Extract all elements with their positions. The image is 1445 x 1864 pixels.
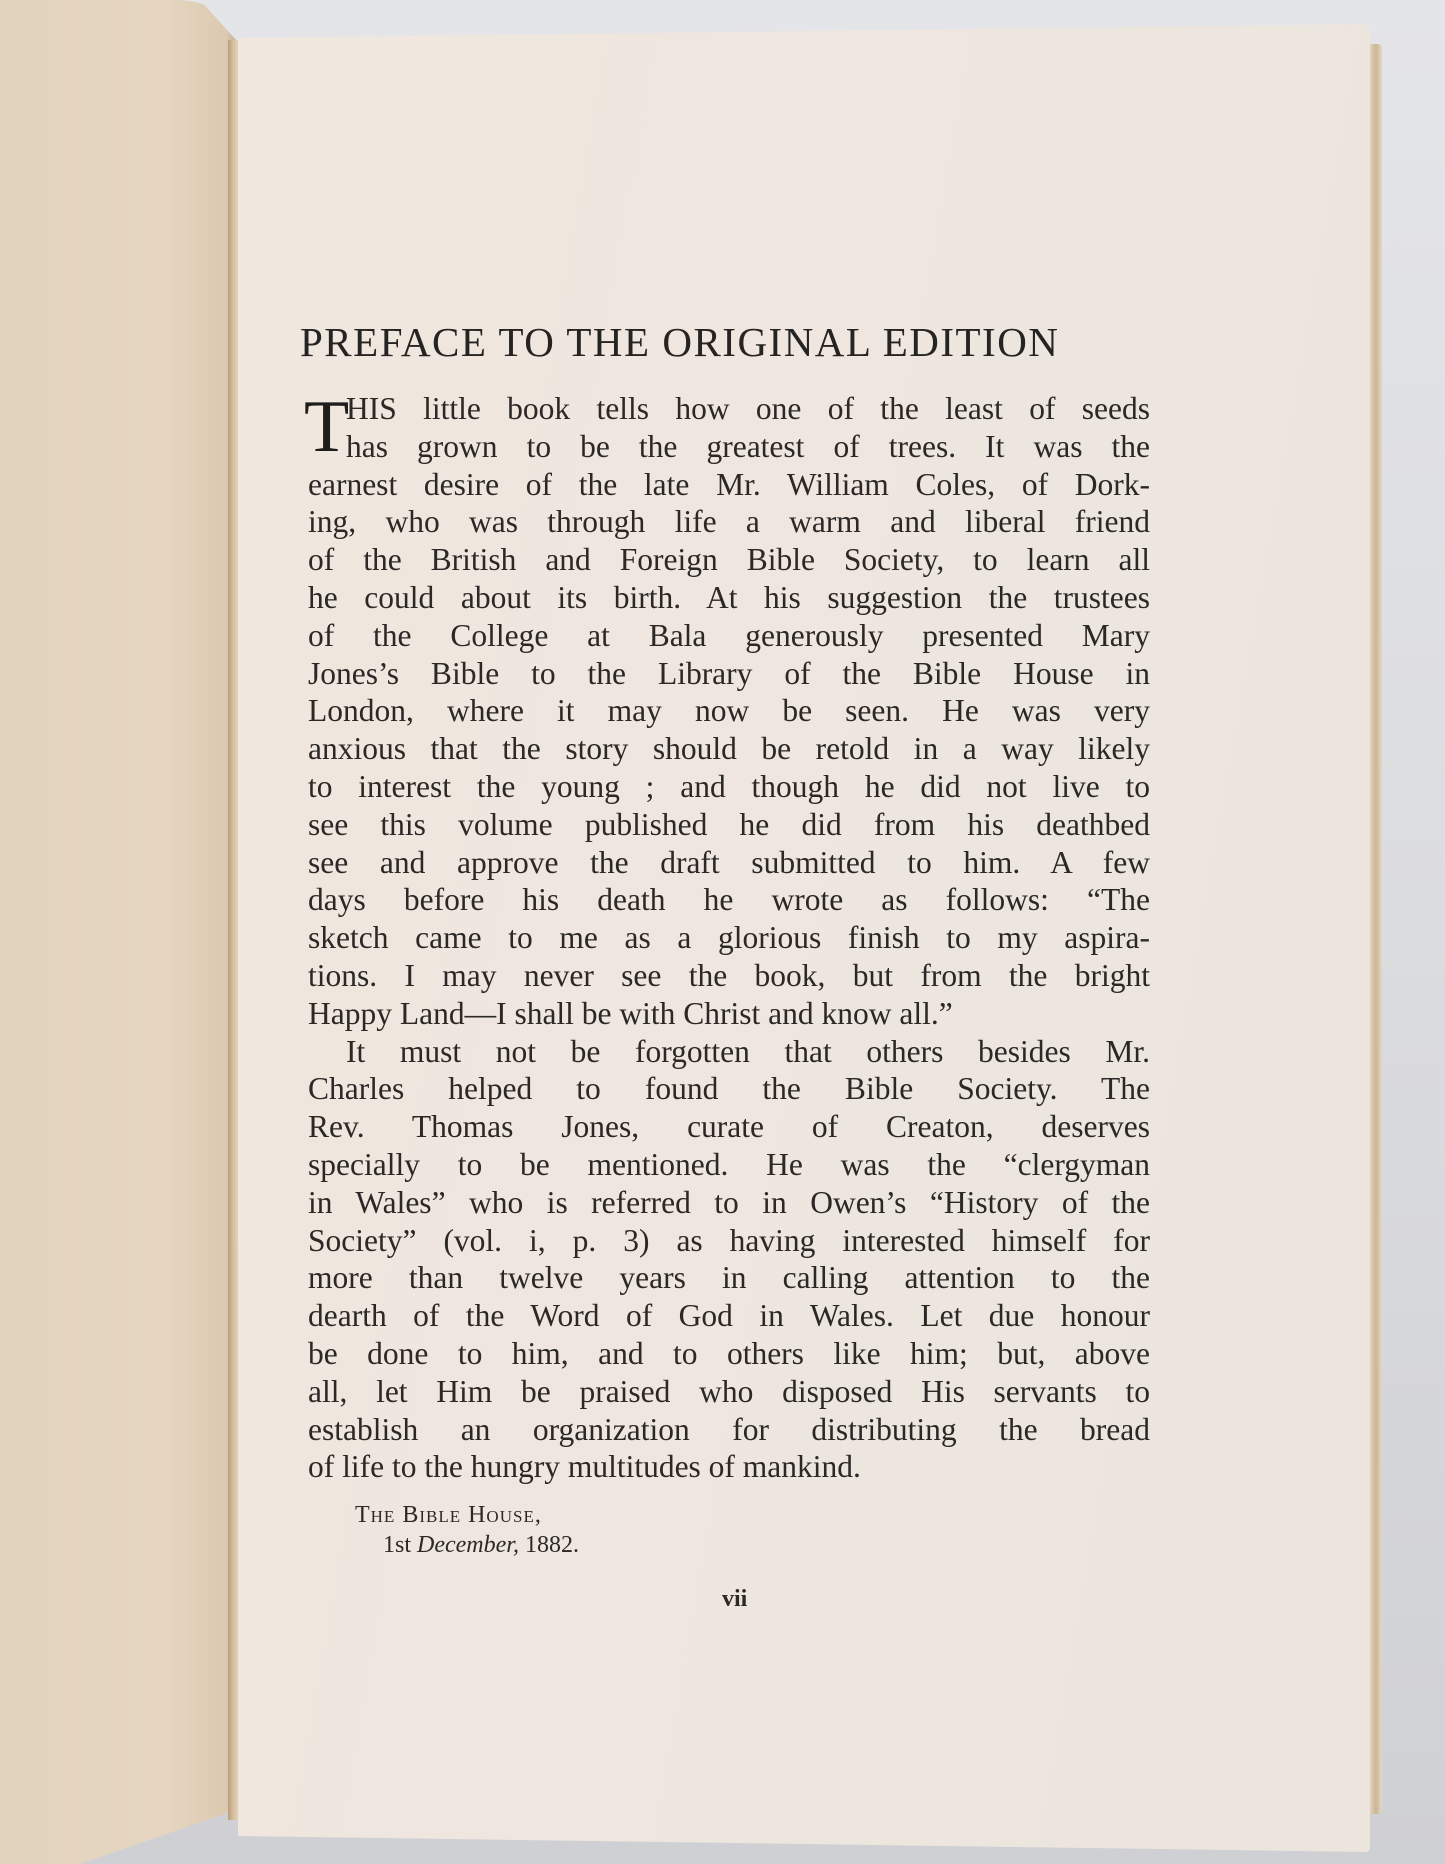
left-page (0, 0, 236, 1864)
text-line: specially to be mentioned. He was the “c… (308, 1146, 1150, 1184)
text-line: Society” (vol. i, p. 3) as having intere… (308, 1222, 1150, 1260)
text-line: he could about its birth. At his suggest… (308, 579, 1150, 617)
text-line: of the British and Foreign Bible Society… (308, 541, 1150, 579)
text-line: sketch came to me as a glorious finish t… (308, 919, 1150, 957)
text-line: all, let Him be praised who disposed His… (308, 1373, 1150, 1411)
page-edges (1370, 44, 1382, 1814)
signature-place: The Bible House, (355, 1500, 579, 1530)
text-line: in Wales” who is referred to in Owen’s “… (308, 1184, 1150, 1222)
text-line: anxious that the story should be retold … (308, 730, 1150, 768)
text-line: earnest desire of the late Mr. William C… (308, 466, 1150, 504)
text-line: Happy Land—I shall be with Christ and kn… (308, 995, 1150, 1033)
signature-block: The Bible House, 1st December, 1882. (355, 1500, 579, 1560)
signature-date: 1st December, 1882. (355, 1530, 579, 1560)
text-line: see this volume published he did from hi… (308, 806, 1150, 844)
text-line: Charles helped to found the Bible Societ… (308, 1070, 1150, 1108)
drop-cap: T (304, 392, 349, 462)
text-line: dearth of the Word of God in Wales. Let … (308, 1297, 1150, 1335)
text-line: of the College at Bala generously presen… (308, 617, 1150, 655)
text-line: Rev. Thomas Jones, curate of Creaton, de… (308, 1108, 1150, 1146)
page-number: vii (722, 1586, 747, 1613)
text-line: to interest the young ; and though he di… (308, 768, 1150, 806)
text-line: ing, who was through life a warm and lib… (308, 503, 1150, 541)
text-line: It must not be forgotten that others bes… (308, 1033, 1150, 1071)
text-line: tions. I may never see the book, but fro… (308, 957, 1150, 995)
text-line: days before his death he wrote as follow… (308, 881, 1150, 919)
text-line: T HIS little book tells how one of the l… (308, 390, 1150, 428)
text-line: has grown to be the greatest of trees. I… (308, 428, 1150, 466)
preface-body: T HIS little book tells how one of the l… (308, 390, 1150, 1486)
text-line: be done to him, and to others like him; … (308, 1335, 1150, 1373)
text-line: more than twelve years in calling attent… (308, 1259, 1150, 1297)
page-title: PREFACE TO THE ORIGINAL EDITION (300, 318, 1160, 366)
text-line: London, where it may now be seen. He was… (308, 692, 1150, 730)
text-line: establish an organization for distributi… (308, 1411, 1150, 1449)
text-line: Jones’s Bible to the Library of the Bibl… (308, 655, 1150, 693)
text-line: of life to the hungry multitudes of mank… (308, 1448, 1150, 1486)
text-line: see and approve the draft submitted to h… (308, 844, 1150, 882)
